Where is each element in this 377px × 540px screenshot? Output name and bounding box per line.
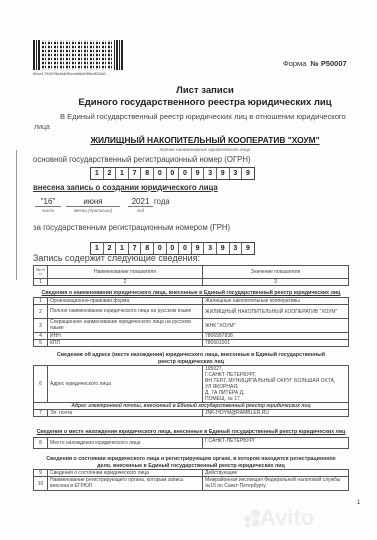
digit: 3 — [204, 168, 217, 179]
section-title-address: Сведения об адресе (месте нахождения) юр… — [33, 352, 349, 365]
row-value: ЖНК "ХОУМ" — [203, 319, 349, 333]
date-year-caption: год — [128, 208, 153, 213]
row-num: 10 — [34, 477, 48, 491]
col-value-header: Значение показателя — [203, 266, 349, 279]
row-num: 7 — [34, 410, 48, 417]
subsection-title: Адрес электронной почты, внесенный в Еди… — [34, 403, 349, 410]
row-value: Межрайонная инспекция Федеральной налого… — [203, 477, 349, 491]
intro-text: В Единый государственный реестр юридичес… — [60, 112, 346, 121]
digit: 9 — [192, 168, 205, 179]
row-name: Место нахождения юридического лица — [48, 438, 203, 449]
row-value: Г.САНКТ-ПЕТЕРБУРГ — [203, 438, 349, 449]
row-name: КПП — [48, 340, 203, 347]
row-num: 3 — [34, 319, 48, 333]
table-header: № п/п Наименование показателя Значение п… — [33, 265, 349, 286]
section-address-table: 6 Адрес юридического лица 195027, Г.САНК… — [33, 365, 349, 417]
digit: 3 — [204, 243, 217, 254]
row-num: 5 — [34, 340, 48, 347]
digit: 3 — [230, 243, 243, 254]
page-subtitle: Единого государственного реестра юридиче… — [0, 97, 377, 108]
table-row: 6 Адрес юридического лица 195027, Г.САНК… — [34, 366, 349, 403]
row-value-email: JNK-HOYM@RAMBLER.RU — [203, 410, 349, 417]
row-num: 2 — [34, 305, 48, 319]
digit: 0 — [179, 168, 192, 179]
section-location-table: 8 Место нахождения юридического лица Г.С… — [33, 437, 349, 449]
row-name: Эл. почта — [48, 410, 203, 417]
digit: 0 — [154, 168, 167, 179]
row-value: 7806587838 — [203, 333, 349, 340]
form-number: Форма№ Р50007 — [283, 59, 347, 68]
col-number: 3 — [203, 279, 349, 286]
digit: 9 — [242, 168, 254, 179]
section-status-table: 9 Сведения о состоянии юридического лица… — [33, 469, 349, 491]
watermark: Avito — [260, 505, 314, 531]
table-row: 8 Место нахождения юридического лица Г.С… — [34, 438, 349, 449]
digit: 8 — [141, 168, 154, 179]
form-label: Форма — [283, 59, 306, 68]
table-row: 5 КПП 780601001 — [34, 340, 349, 347]
digit: 9 — [217, 243, 230, 254]
date-day: "16" — [35, 197, 61, 207]
entity-full-name: ЖИЛИЩНЫЙ НАКОПИТЕЛЬНЫЙ КООПЕРАТИВ "ХОУМ" — [0, 135, 377, 145]
subsection-row: Адрес электронной почты, внесенный в Еди… — [34, 403, 349, 410]
date-month-caption: месяц (прописью) — [66, 208, 120, 213]
date-year: 2021 — [128, 197, 153, 207]
table-row: 1 Организационно-правовая форма Жилищные… — [34, 298, 349, 305]
digit: 7 — [129, 168, 142, 179]
row-name: Организационно-правовая форма — [48, 298, 203, 305]
section-title-text: Сведения о наименовании юридического лиц… — [42, 290, 341, 296]
section-title-status: Сведения о состоянии юридического лица и… — [33, 456, 349, 469]
digit: 0 — [167, 168, 180, 179]
row-name: Наименование регистрирующего органа, кот… — [48, 477, 203, 491]
entity-name-caption: полное наименование юридического лица — [0, 147, 377, 152]
row-num: 6 — [34, 366, 48, 403]
date-year-suffix: года — [154, 197, 170, 206]
row-name: Сокращенное наименование юридического ли… — [48, 319, 203, 333]
form-code: № Р50007 — [310, 59, 346, 68]
col-number: 2 — [48, 279, 203, 286]
barcode — [33, 40, 123, 70]
section-title-location: Сведения о месте нахождения юридического… — [33, 429, 349, 436]
row-value: ЖИЛИЩНЫЙ НАКОПИТЕЛЬНЫЙ КООПЕРАТИВ "ХОУМ" — [203, 305, 349, 319]
col-number: 1 — [34, 279, 48, 286]
date-day-caption: число — [35, 208, 61, 213]
row-num: 1 — [34, 298, 48, 305]
ogrn-digits: 1217800093939 — [90, 167, 255, 180]
digit: 9 — [242, 243, 254, 254]
row-num: 4 — [34, 333, 48, 340]
row-name: ИНН — [48, 333, 203, 340]
table-row: 4 ИНН 7806587838 — [34, 333, 349, 340]
grn-label: за государственным регистрационным номер… — [33, 223, 230, 232]
barcode-text: 60ce17945?8a4eb36ccde6db39bd631b0 — [33, 71, 106, 76]
section-name-table: 1 Организационно-правовая форма Жилищные… — [33, 297, 349, 347]
page-title: Лист записи — [0, 85, 377, 96]
digit: 1 — [91, 168, 104, 179]
table-row: 7 Эл. почта JNK-HOYM@RAMBLER.RU — [34, 410, 349, 417]
row-value-status: Действующее — [203, 470, 349, 477]
col-name-header: Наименование показателя — [48, 266, 203, 279]
row-value: 780601001 — [203, 340, 349, 347]
row-value-address: 195027, Г.САНКТ-ПЕТЕРБУРГ, ВН.ТЕР.Г. МУН… — [203, 366, 349, 403]
row-value: Жилищные накопительные кооперативы — [203, 298, 349, 305]
digit: 9 — [217, 168, 230, 179]
intro-text-cont: лица — [34, 124, 50, 131]
date-month: июня — [66, 197, 120, 207]
col-num-header: № п/п — [34, 266, 48, 279]
row-name: Полное наименование юридического лица на… — [48, 305, 203, 319]
table-row: 2 Полное наименование юридического лица … — [34, 305, 349, 319]
section-title-name: Сведения о наименовании юридического лиц… — [33, 290, 349, 297]
table-row: 3 Сокращенное наименование юридического … — [34, 319, 349, 333]
page-number: 1 — [357, 500, 360, 506]
digit: 1 — [116, 168, 129, 179]
row-name: Сведения о состоянии юридического лица — [48, 470, 203, 477]
ogrn-label: основной государственный регистрационный… — [33, 155, 251, 164]
row-num: 9 — [34, 470, 48, 477]
contents-label: Запись содержит следующие сведения: — [33, 253, 200, 263]
row-name: Адрес юридического лица — [48, 366, 203, 403]
margin-line — [16, 150, 17, 280]
table-row: 9 Сведения о состоянии юридического лица… — [34, 470, 349, 477]
record-created-label: внесена запись о создании юридического л… — [33, 183, 218, 192]
address-line: ПОМЕЩ. № 17 — [205, 396, 346, 402]
digit: 3 — [230, 168, 243, 179]
row-num: 8 — [34, 438, 48, 449]
section-title-text: Сведения о месте нахождения юридического… — [37, 429, 346, 435]
digit: 2 — [104, 168, 117, 179]
table-row: 10 Наименование регистрирующего органа, … — [34, 477, 349, 491]
